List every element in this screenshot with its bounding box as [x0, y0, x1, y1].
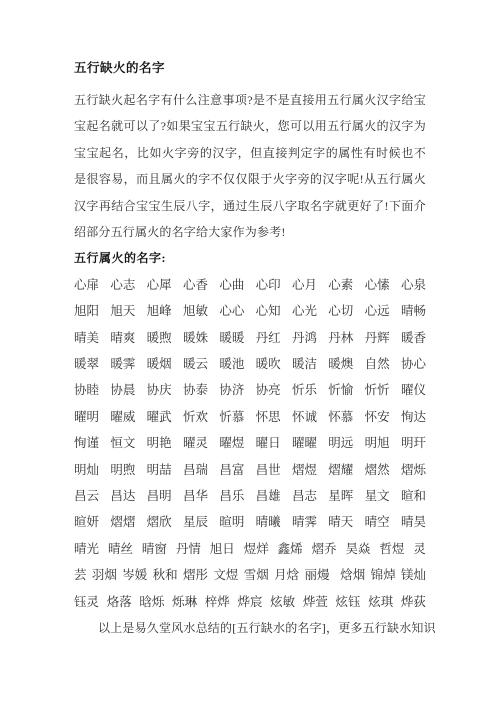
name-item: 晴爽	[110, 325, 135, 351]
name-row: 恂谨恒文明艳曜灵曜煜曜日曜曜明远明旭明玕	[74, 430, 426, 456]
name-item: 怀安	[365, 404, 390, 430]
name-item: 晴昊	[401, 509, 426, 535]
name-item: 忻慕	[219, 404, 244, 430]
name-item: 月焓	[274, 562, 299, 588]
name-row: 心扉心志心犀心香心曲心印心月心素心愫心泉	[74, 272, 426, 298]
name-item: 钰灵	[74, 589, 99, 615]
name-item: 晴美	[74, 325, 99, 351]
name-item: 星文	[365, 483, 390, 509]
name-row: 钰灵烙落晗烁烁琳梓烨烨宸炫敏烨萱炫钰炫琪烨荻	[74, 589, 426, 615]
name-item: 暖煦	[147, 325, 172, 351]
name-item: 暄妍	[74, 509, 99, 535]
name-item: 晴光	[74, 536, 99, 562]
name-item: 恒文	[110, 430, 135, 456]
name-item: 曜日	[256, 430, 281, 456]
name-item: 忻愉	[328, 377, 353, 403]
name-item: 丹红	[256, 325, 281, 351]
name-item: 曜明	[74, 404, 99, 430]
name-row: 明灿明煦明喆昌瑞昌富昌世熠煜熠耀熠然熠烁	[74, 457, 426, 483]
name-item: 熠然	[365, 457, 390, 483]
name-item: 心切	[328, 298, 353, 324]
name-item: 哲煜	[379, 536, 404, 562]
name-row: 晴美晴爽暖煦暖姝暖暖丹红丹鸿丹林丹辉暖香	[74, 325, 426, 351]
name-row: 暖翠暖霁暖烟暖云暖池暖吹暖洁暖燠自然协心	[74, 351, 426, 377]
name-item: 熠欣	[147, 509, 172, 535]
page-title: 五行缺火的名字	[74, 60, 426, 76]
name-item: 明煦	[110, 457, 135, 483]
name-item: 煜烊	[244, 536, 269, 562]
name-item: 熠烁	[401, 457, 426, 483]
name-item: 烁琳	[172, 589, 197, 615]
name-item: 暖池	[219, 351, 244, 377]
name-row: 协睦协晨协庆协泰协济协亮忻乐忻愉忻忻曜仪	[74, 377, 426, 403]
name-item: 昌华	[183, 483, 208, 509]
name-item: 心犀	[147, 272, 172, 298]
name-item: 文煜	[213, 562, 238, 588]
name-item: 曜灵	[183, 430, 208, 456]
page-content: 五行缺火的名字 五行缺火起名字有什么注意事项?是不是直接用五行属火汉字给宝宝起名…	[74, 60, 426, 641]
name-item: 暖霁	[110, 351, 135, 377]
name-item: 熠耀	[328, 457, 353, 483]
name-item: 自然	[365, 351, 390, 377]
name-item: 暖暖	[219, 325, 244, 351]
name-item: 晴空	[365, 509, 390, 535]
name-item: 烙落	[107, 589, 132, 615]
body-text: 五行缺火起名字有什么注意事项?是不是直接用五行属火汉字给宝宝起名就可以了?如果宝…	[74, 87, 426, 641]
name-item: 暖洁	[292, 351, 317, 377]
name-item: 协心	[401, 351, 426, 377]
name-item: 暖烟	[147, 351, 172, 377]
name-item: 暖香	[401, 325, 426, 351]
name-item: 昌乐	[219, 483, 244, 509]
name-item: 明玕	[401, 430, 426, 456]
name-item: 协济	[219, 377, 244, 403]
name-item: 烨荻	[401, 589, 426, 615]
name-item: 昊焱	[346, 536, 371, 562]
name-item: 曜武	[147, 404, 172, 430]
name-item: 怀诚	[292, 404, 317, 430]
name-item: 忻忻	[365, 377, 390, 403]
name-item: 烨宸	[237, 589, 262, 615]
name-item: 熠熠	[110, 509, 135, 535]
name-item: 心曲	[219, 272, 244, 298]
name-row: 芸羽烟岑媛秋和熠彤文煜雪烟月焓丽熳焓烟锦焯镁灿	[74, 562, 426, 588]
name-item: 昌雄	[256, 483, 281, 509]
name-item: 晴曦	[256, 509, 281, 535]
name-row: 曜明曜威曜武忻欢忻慕怀思怀诚怀慕怀安恂达	[74, 404, 426, 430]
name-item: 协泰	[183, 377, 208, 403]
name-item: 明远	[328, 430, 353, 456]
name-item: 炫琪	[368, 589, 393, 615]
name-item: 晴畅	[401, 298, 426, 324]
name-row: 晴光晴丝晴窗丹情旭日煜烊鑫烯熠乔昊焱哲煜灵	[74, 536, 426, 562]
name-item: 心月	[292, 272, 317, 298]
name-item: 暄明	[219, 509, 244, 535]
name-item: 心知	[256, 298, 281, 324]
name-item: 熠煜	[292, 457, 317, 483]
name-item: 曜仪	[401, 377, 426, 403]
name-item: 旭天	[110, 298, 135, 324]
name-item: 怀思	[256, 404, 281, 430]
name-item: 恂达	[401, 404, 426, 430]
name-item: 晴天	[328, 509, 353, 535]
name-item: 炫钰	[336, 589, 361, 615]
name-item: 芸	[74, 562, 87, 588]
name-item: 明喆	[147, 457, 172, 483]
name-item: 丹林	[328, 325, 353, 351]
name-item: 明艳	[147, 430, 172, 456]
name-item: 协晨	[110, 377, 135, 403]
name-item: 明旭	[365, 430, 390, 456]
name-item: 丹情	[176, 536, 201, 562]
name-item: 旭峰	[147, 298, 172, 324]
name-item: 昌志	[292, 483, 317, 509]
name-item: 暖翠	[74, 351, 99, 377]
name-item: 忻乐	[292, 377, 317, 403]
name-item: 秋和	[153, 562, 178, 588]
name-item: 星晖	[328, 483, 353, 509]
closing-paragraph: 以上是易久堂风水总结的[五行缺水的名字]，更多五行缺水知识	[74, 615, 426, 641]
intro-paragraph: 五行缺火起名字有什么注意事项?是不是直接用五行属火汉字给宝宝起名就可以了?如果宝…	[74, 87, 426, 245]
name-item: 旭日	[210, 536, 235, 562]
name-item: 烨萱	[303, 589, 328, 615]
name-row: 暄妍熠熠熠欣星辰暄明晴曦晴霁晴天晴空晴昊	[74, 509, 426, 535]
name-item: 昌富	[219, 457, 244, 483]
name-item: 心印	[256, 272, 281, 298]
name-row: 旭阳旭天旭峰旭敏心心心知心光心切心远晴畅	[74, 298, 426, 324]
name-item: 协亮	[256, 377, 281, 403]
name-item: 昌达	[110, 483, 135, 509]
name-item: 鑫烯	[278, 536, 303, 562]
name-item: 昌瑞	[183, 457, 208, 483]
name-item: 晴丝	[108, 536, 133, 562]
name-item: 心扉	[74, 272, 99, 298]
name-item: 协睦	[74, 377, 99, 403]
name-item: 丹辉	[365, 325, 390, 351]
name-item: 心素	[328, 272, 353, 298]
name-item: 熠乔	[312, 536, 337, 562]
name-item: 曜煜	[219, 430, 244, 456]
name-item: 心愫	[365, 272, 390, 298]
name-item: 心志	[110, 272, 135, 298]
name-item: 羽烟	[92, 562, 117, 588]
name-item: 心泉	[401, 272, 426, 298]
name-item: 怀慕	[328, 404, 353, 430]
name-item: 忻欢	[183, 404, 208, 430]
names-grid: 心扉心志心犀心香心曲心印心月心素心愫心泉 旭阳旭天旭峰旭敏心心心知心光心切心远晴…	[74, 272, 426, 615]
name-item: 暖吹	[256, 351, 281, 377]
name-item: 丹鸿	[292, 325, 317, 351]
name-item: 明灿	[74, 457, 99, 483]
name-item: 心光	[292, 298, 317, 324]
document-page: 五行缺火的名字 五行缺火起名字有什么注意事项?是不是直接用五行属火汉字给宝宝起名…	[0, 0, 500, 708]
name-item: 心心	[219, 298, 244, 324]
name-item: 熠彤	[183, 562, 208, 588]
name-row: 昌云昌达昌明昌华昌乐昌雄昌志星晖星文暄和	[74, 483, 426, 509]
name-item: 镁灿	[401, 562, 426, 588]
name-item: 锦焯	[371, 562, 396, 588]
name-item: 暖姝	[183, 325, 208, 351]
section-heading: 五行属火的名字:	[74, 245, 426, 271]
name-item: 心香	[183, 272, 208, 298]
name-item: 炫敏	[270, 589, 295, 615]
name-item: 昌云	[74, 483, 99, 509]
name-item: 晴窗	[142, 536, 167, 562]
name-item: 梓烨	[205, 589, 230, 615]
name-item: 星辰	[183, 509, 208, 535]
name-item: 岑媛	[122, 562, 147, 588]
name-item: 晴霁	[292, 509, 317, 535]
name-item: 曜曜	[292, 430, 317, 456]
name-item: 协庆	[147, 377, 172, 403]
name-item: 昌明	[147, 483, 172, 509]
name-item: 昌世	[256, 457, 281, 483]
name-item: 晗烁	[139, 589, 164, 615]
name-item: 旭敏	[183, 298, 208, 324]
name-item: 暖燠	[328, 351, 353, 377]
name-item: 灵	[413, 536, 426, 562]
name-item: 旭阳	[74, 298, 99, 324]
name-item: 暖云	[183, 351, 208, 377]
name-item: 曜威	[110, 404, 135, 430]
name-item: 焓烟	[340, 562, 365, 588]
name-item: 暄和	[401, 483, 426, 509]
name-item: 恂谨	[74, 430, 99, 456]
name-item: 雪烟	[244, 562, 269, 588]
name-item: 心远	[365, 298, 390, 324]
name-item: 丽熳	[305, 562, 330, 588]
